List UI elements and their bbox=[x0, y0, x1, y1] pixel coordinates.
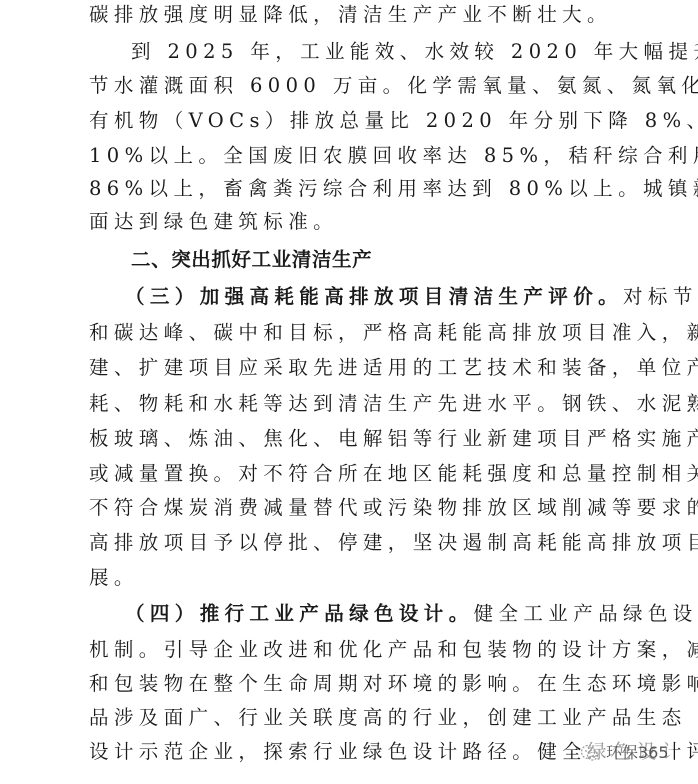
paragraph-line: 或减量置换。对不符合所在地区能耗强度和总量控制相关要求、 bbox=[89, 457, 611, 491]
watermark-text: 环保365 bbox=[606, 738, 669, 768]
paragraph-line: 86%以上，畜禽粪污综合利用率达到 80%以上。城镇新建建筑全 bbox=[89, 172, 611, 206]
paragraph-line: 板玻璃、炼油、焦化、电解铝等行业新建项目严格实施产能等量 bbox=[89, 422, 611, 456]
paragraph-line: 和碳达峰、碳中和目标，严格高耗能高排放项目准入，新建、改 bbox=[89, 316, 611, 350]
paragraph-line: 建、扩建项目应采取先进适用的工艺技术和装备，单位产品能 bbox=[89, 351, 611, 385]
paragraph-line: 节水灌溉面积 6000 万亩。化学需氧量、氨氮、氮氧化物、挥发性 bbox=[89, 69, 611, 103]
item-3-first-line-rest: 对标节能减排 bbox=[623, 285, 698, 308]
item-3-lead: （三）加强高耗能高排放项目清洁生产评价。 bbox=[125, 285, 623, 308]
paragraph-line: 10%以上。全国废旧农膜回收率达 85%，秸秆综合利用率稳定在 bbox=[89, 139, 611, 173]
paragraph-line: 和包装物在整个生命周期对环境的影响。在生态环境影响大、产 bbox=[89, 667, 611, 701]
watermark: 环保365 bbox=[580, 738, 673, 768]
paragraph-line: 面达到绿色建筑标准。 bbox=[89, 205, 611, 239]
paragraph-line: 品涉及面广、行业关联度高的行业，创建工业产品生态（绿色） bbox=[89, 701, 611, 735]
paragraph-line: 有机物（VOCs）排放总量比 2020 年分别下降 8%、8%、10%、 bbox=[89, 104, 611, 138]
section-heading: 二、突出抓好工业清洁生产 bbox=[131, 243, 611, 277]
paragraph-line: 设计示范企业，探索行业绿色设计路径。健全绿色设计评价标 bbox=[89, 735, 611, 769]
item-4-first-line-rest: 健全工业产品绿色设计推行 bbox=[474, 602, 698, 625]
paragraph-line: 到 2025 年，工业能效、水效较 2020 年大幅提升，新增高效 bbox=[131, 35, 611, 69]
paragraph-line: 碳排放强度明显降低，清洁生产产业不断壮大。 bbox=[89, 0, 611, 32]
paragraph-line: 不符合煤炭消费减量替代或污染物排放区域削减等要求的高耗能 bbox=[89, 491, 611, 525]
paragraph-line: 高排放项目予以停批、停建，坚决遏制高耗能高排放项目盲目发 bbox=[89, 526, 611, 560]
paragraph-item-4-first-line: （四）推行工业产品绿色设计。健全工业产品绿色设计推行 bbox=[125, 597, 605, 631]
paragraph-line: 展。 bbox=[89, 561, 611, 595]
paragraph-line: 机制。引导企业改进和优化产品和包装物的设计方案，减少产品 bbox=[89, 633, 611, 667]
paragraph-item-3-first-line: （三）加强高耗能高排放项目清洁生产评价。对标节能减排 bbox=[125, 280, 605, 314]
item-4-lead: （四）推行工业产品绿色设计。 bbox=[125, 602, 474, 625]
document-page: 碳排放强度明显降低，清洁生产产业不断壮大。 到 2025 年，工业能效、水效较 … bbox=[0, 0, 698, 784]
paragraph-line: 耗、物耗和水耗等达到清洁生产先进水平。钢铁、水泥熟料、平 bbox=[89, 387, 611, 421]
wechat-icon bbox=[580, 743, 600, 763]
